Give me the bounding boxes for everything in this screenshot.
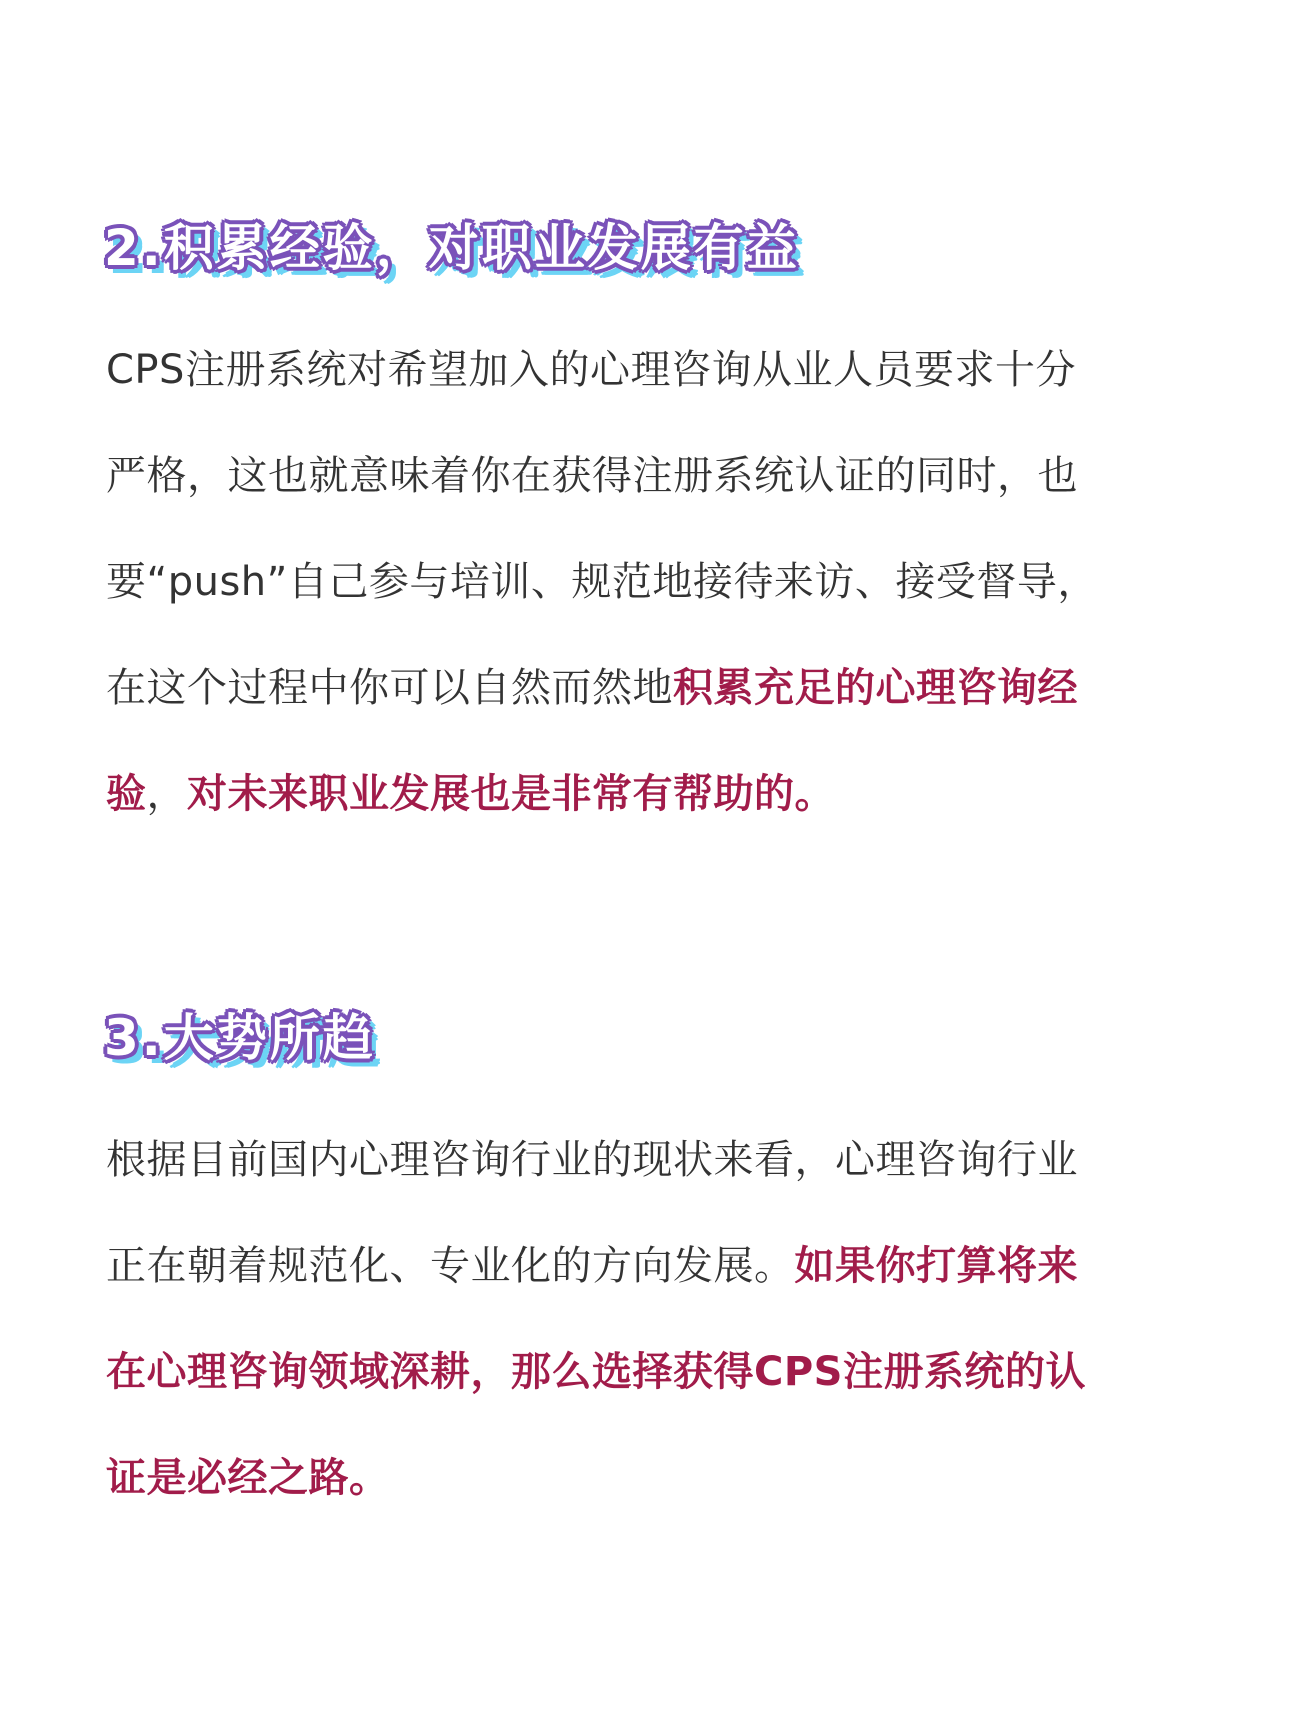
highlight-text: 对未来职业发展也是非常有帮助的。: [187, 771, 835, 817]
section-2-body: CPS注册系统对希望加入的心理咨询从业人员要求十分 严格，这也就意味着你在获得注…: [106, 317, 1186, 847]
text-run: CPS注册系统对希望加入的心理咨询从业人员要求十分: [106, 347, 1076, 393]
highlight-text: 验: [106, 771, 147, 817]
text-run: 正在朝着规范化、专业化的方向发展。: [106, 1243, 795, 1289]
highlight-text: 证是必经之路。: [106, 1455, 390, 1501]
paragraph-line: 正在朝着规范化、专业化的方向发展。如果你打算将来: [106, 1213, 1186, 1319]
section-3-heading: 3.大势所趋: [104, 998, 376, 1070]
paragraph-line: 在心理咨询领域深耕，那么选择获得CPS注册系统的认: [106, 1319, 1186, 1425]
paragraph-line: 要“push”自己参与培训、规范地接待来访、接受督导，: [106, 529, 1186, 635]
highlight-text: 在心理咨询领域深耕，那么选择获得CPS注册系统的认: [106, 1349, 1086, 1395]
paragraph-line: 证是必经之路。: [106, 1425, 1186, 1531]
text-run: 根据目前国内心理咨询行业的现状来看，心理咨询行业: [106, 1137, 1078, 1183]
paragraph-line: 在这个过程中你可以自然而然地积累充足的心理咨询经: [106, 635, 1186, 741]
section-2-heading: 2.积累经验，对职业发展有益: [104, 208, 800, 280]
paragraph-line: CPS注册系统对希望加入的心理咨询从业人员要求十分: [106, 317, 1186, 423]
highlight-text: 积累充足的心理咨询经: [673, 665, 1078, 711]
paragraph-line: 验，对未来职业发展也是非常有帮助的。: [106, 741, 1186, 847]
section-3-body: 根据目前国内心理咨询行业的现状来看，心理咨询行业 正在朝着规范化、专业化的方向发…: [106, 1107, 1186, 1531]
highlight-text: 如果你打算将来: [795, 1243, 1079, 1289]
text-run: 严格，这也就意味着你在获得注册系统认证的同时，也: [106, 453, 1078, 499]
text-run: 在这个过程中你可以自然而然地: [106, 665, 673, 711]
paragraph-line: 严格，这也就意味着你在获得注册系统认证的同时，也: [106, 423, 1186, 529]
paragraph-line: 根据目前国内心理咨询行业的现状来看，心理咨询行业: [106, 1107, 1186, 1213]
text-run: ，: [147, 771, 188, 817]
text-run: 要“push”自己参与培训、规范地接待来访、接受督导，: [106, 559, 1098, 605]
